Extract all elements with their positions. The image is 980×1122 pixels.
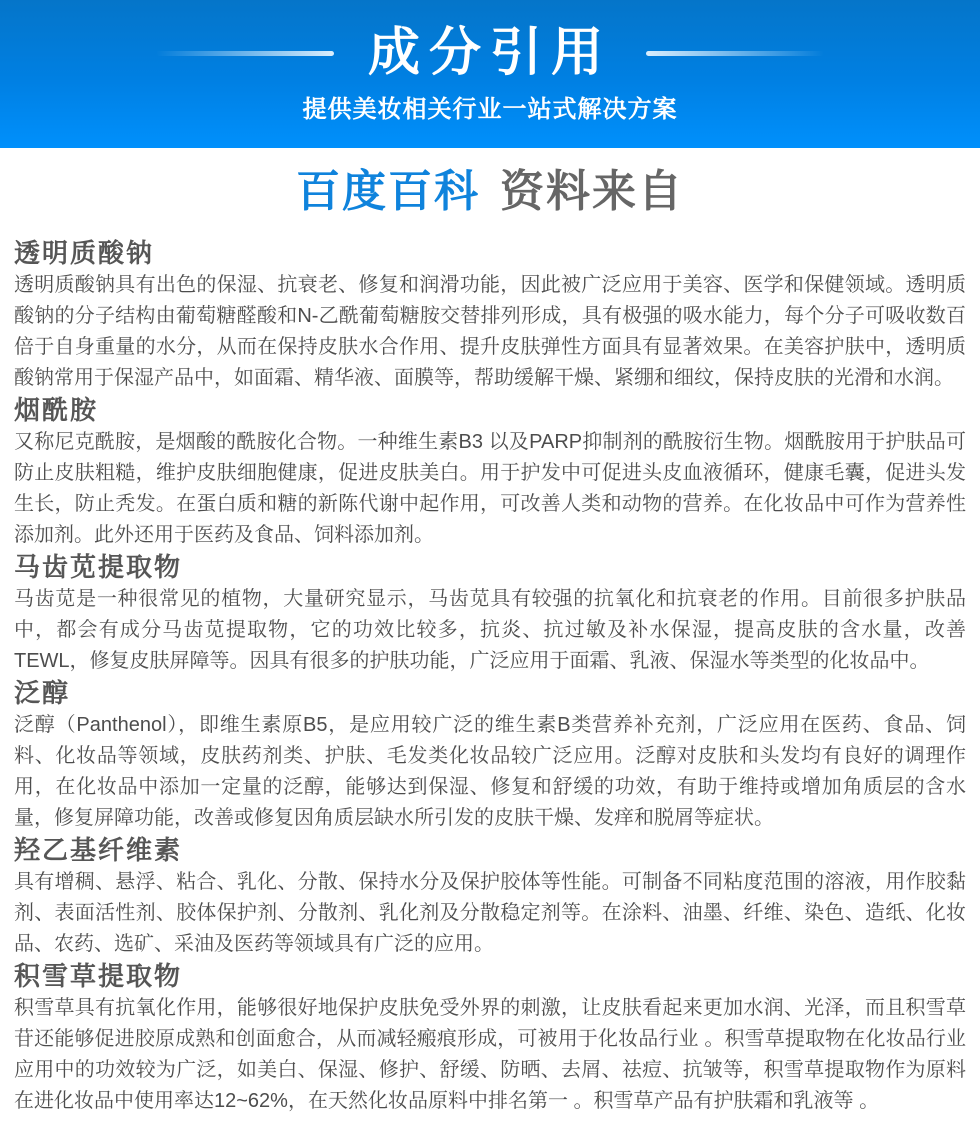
section-niacinamide: 烟酰胺 又称尼克酰胺，是烟酸的酰胺化合物。一种维生素B3 以及PARP抑制剂的酰…	[14, 394, 966, 551]
banner-title: 成分引用	[368, 24, 612, 84]
section-title: 积雪草提取物	[14, 960, 966, 993]
section-title: 烟酰胺	[14, 394, 966, 427]
section-title: 羟乙基纤维素	[14, 834, 966, 867]
section-body: 泛醇（Panthenol），即维生素原B5，是应用较广泛的维生素B类营养补充剂，…	[14, 710, 966, 834]
section-title: 泛醇	[14, 677, 966, 710]
banner-title-row: 成分引用	[156, 24, 824, 84]
banner: 成分引用 提供美妆相关行业一站式解决方案	[0, 0, 980, 148]
section-body: 透明质酸钠具有出色的保湿、抗衰老、修复和润滑功能，因此被广泛应用于美容、医学和保…	[14, 270, 966, 394]
section-title: 马齿苋提取物	[14, 551, 966, 584]
section-body: 积雪草具有抗氧化作用，能够很好地保护皮肤免受外界的刺激，让皮肤看起来更加水润、光…	[14, 993, 966, 1117]
section-body: 又称尼克酰胺，是烟酸的酰胺化合物。一种维生素B3 以及PARP抑制剂的酰胺衍生物…	[14, 427, 966, 551]
page-title-suffix: 资料来自	[500, 167, 684, 216]
ingredient-list: 透明质酸钠 透明质酸钠具有出色的保湿、抗衰老、修复和润滑功能，因此被广泛应用于美…	[0, 219, 980, 1117]
section-body: 具有增稠、悬浮、粘合、乳化、分散、保持水分及保护胶体等性能。可制备不同粘度范围的…	[14, 867, 966, 960]
page-title: 百度百科资料来自	[0, 166, 980, 219]
section-portulaca-extract: 马齿苋提取物 马齿苋是一种很常见的植物，大量研究显示，马齿苋具有较强的抗氧化和抗…	[14, 551, 966, 677]
section-title: 透明质酸钠	[14, 237, 966, 270]
section-sodium-hyaluronate: 透明质酸钠 透明质酸钠具有出色的保湿、抗衰老、修复和润滑功能，因此被广泛应用于美…	[14, 237, 966, 394]
section-centella-extract: 积雪草提取物 积雪草具有抗氧化作用，能够很好地保护皮肤免受外界的刺激，让皮肤看起…	[14, 960, 966, 1117]
section-body: 马齿苋是一种很常见的植物，大量研究显示，马齿苋具有较强的抗氧化和抗衰老的作用。目…	[14, 584, 966, 677]
section-hydroxyethyl-cellulose: 羟乙基纤维素 具有增稠、悬浮、粘合、乳化、分散、保持水分及保护胶体等性能。可制备…	[14, 834, 966, 960]
source-name: 百度百科	[296, 167, 480, 216]
decorative-line-right	[646, 51, 824, 56]
banner-subtitle: 提供美妆相关行业一站式解决方案	[303, 89, 678, 124]
decorative-line-left	[156, 51, 334, 56]
section-panthenol: 泛醇 泛醇（Panthenol），即维生素原B5，是应用较广泛的维生素B类营养补…	[14, 677, 966, 834]
